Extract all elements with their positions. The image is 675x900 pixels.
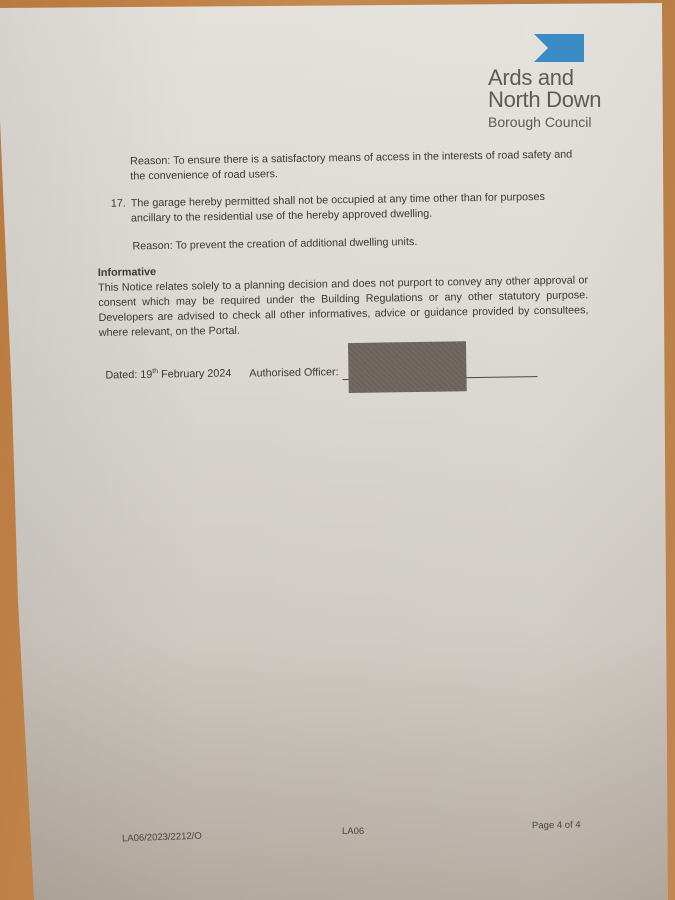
reason-condition-17: Reason: To prevent the creation of addit… [132,232,587,254]
informative-text: This Notice relates solely to a planning… [98,273,589,341]
logo-text-line2: North Down [488,89,628,111]
pennant-flag-icon [534,34,584,62]
redacted-signature [348,341,467,393]
reason-condition-16: Reason: To ensure there is a satisfactor… [130,147,586,184]
condition-17: 17. The garage hereby permitted shall no… [111,189,587,226]
council-logo: Ards and North Down Borough Council [488,34,628,131]
condition-number: 17. [111,196,131,226]
informative-section: Informative This Notice relates solely t… [98,258,589,341]
footer-page-number: Page 4 of 4 [532,820,581,832]
document-content: Reason: To ensure there is a satisfactor… [96,147,590,383]
footer-code: LA06 [342,826,364,837]
document-page [0,0,675,900]
dated-text: Dated: 19th February 2024 [105,363,231,384]
logo-text-line3: Borough Council [488,113,628,131]
logo-text-line1: Ards and [488,67,628,89]
authorised-officer-label: Authorised Officer: [249,365,338,381]
condition-text: The garage hereby permitted shall not be… [131,189,587,226]
